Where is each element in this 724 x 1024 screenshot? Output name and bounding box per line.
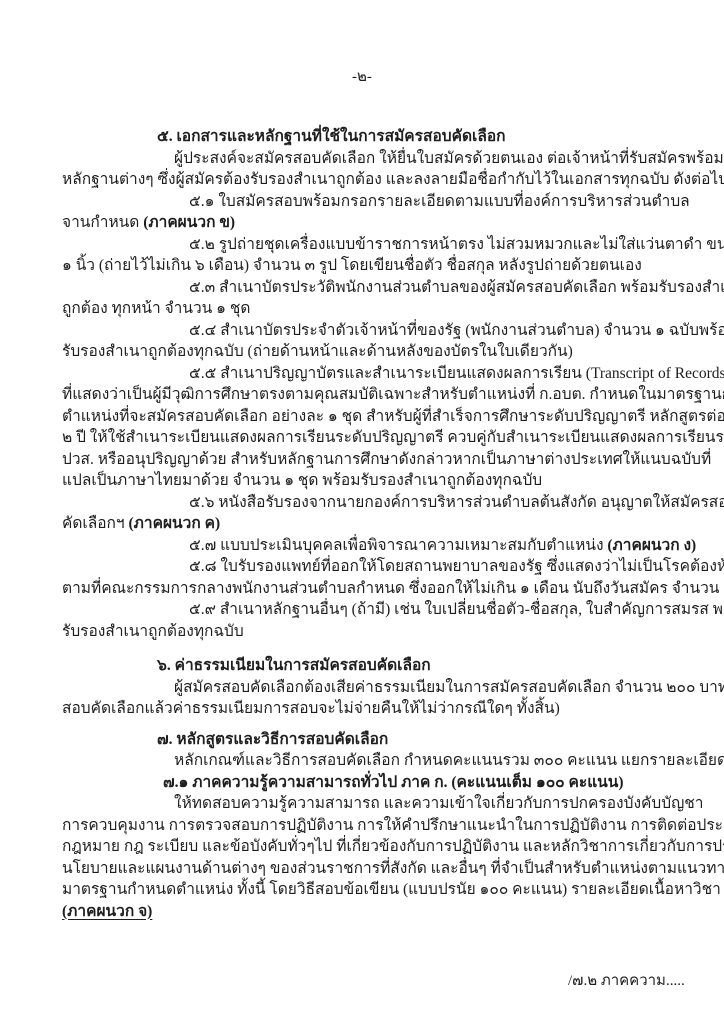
text-segment: ๗. หลักสูตรและวิธีการสอบคัดเลือก [157, 731, 388, 748]
text-segment: ๖. ค่าธรรมเนียมในการสมัครสอบคัดเลือก [157, 657, 431, 674]
text-line: ๕.๕ สำเนาปริญญาบัตรและสำเนาระเบียนแสดงผล… [189, 363, 710, 385]
text-segment: ๑ นิ้ว (ถ่ายไว้ไม่เกิน ๖ เดือน) จำนวน ๓ … [62, 257, 642, 274]
text-line: จานกำหนด (ภาคผนวก ข) [62, 212, 710, 234]
text-segment: หลักเกณฑ์และวิธีการสอบคัดเลือก กำหนดคะแน… [174, 752, 724, 769]
text-segment: ให้ทดสอบความรู้ความสามารถ และความเข้าใจเ… [174, 795, 704, 812]
text-segment: ๕.๕ สำเนาปริญญาบัตรและสำเนาระเบียนแสดงผล… [189, 365, 724, 382]
text-line: ๕.๘ ใบรับรองแพทย์ที่ออกให้โดยสถานพยาบาลข… [189, 556, 710, 578]
text-line: หลักฐานต่างๆ ซึ่งผู้สมัครต้องรับรองสำเนา… [62, 169, 710, 191]
text-line: มาตรฐานกำหนดตำแหน่ง ทั้งนี้ โดยวิธีสอบข้… [62, 879, 710, 901]
text-segment: แปลเป็นภาษาไทยมาด้วย จำนวน ๑ ชุด พร้อมรั… [62, 472, 542, 489]
text-line: สอบคัดเลือกแล้วค่าธรรมเนียมการสอบจะไม่จ่… [62, 698, 710, 720]
text-line: ผู้ประสงค์จะสมัครสอบคัดเลือก ให้ยื่นใบสม… [174, 148, 710, 170]
text-line: แปลเป็นภาษาไทยมาด้วย จำนวน ๑ ชุด พร้อมรั… [62, 470, 710, 492]
text-segment: นโยบายและแผนงานด้านต่างๆ ของส่วนราชการที… [62, 860, 724, 877]
text-segment: จานกำหนด [62, 214, 143, 231]
text-segment: กฎหมาย กฎ ระเบียบ และข้อบังคับทั่วๆไป ที… [62, 838, 724, 855]
text-segment: ๕.๙ สำเนาหลักฐานอื่นๆ (ถ้ามี) เช่น ใบเปล… [189, 601, 724, 618]
text-segment: (ภาคผนวก จ) [62, 903, 152, 920]
text-segment: ๕.๑ ใบสมัครสอบพร้อมกรอกรายละเอียดตามแบบท… [189, 193, 690, 210]
text-segment: ๕. เอกสารและหลักฐานที่ใช้ในการสมัครสอบคั… [157, 128, 506, 145]
text-segment: ตามที่คณะกรรมการกลางพนักงานส่วนตำบลกำหนด… [62, 580, 724, 597]
footer-continuation-note: /๗.๒ ภาคความ..... [568, 971, 685, 992]
text-segment: ๕.๖ หนังสือรับรองจากนายกองค์การบริหารส่ว… [189, 494, 724, 511]
text-line: ๕.๖ หนังสือรับรองจากนายกองค์การบริหารส่ว… [189, 492, 710, 514]
text-line: ให้ทดสอบความรู้ความสามารถ และความเข้าใจเ… [174, 793, 710, 815]
text-segment: ผู้สมัครสอบคัดเลือกต้องเสียค่าธรรมเนียมใ… [174, 679, 724, 696]
text-segment: (ภาคผนวก ค) [129, 515, 221, 532]
text-segment: ๕.๓ สำเนาบัตรประวัติพนักงานส่วนตำบลของผู… [189, 279, 724, 296]
text-line: รับรองสำเนาถูกต้องทุกฉบับ (ถ่ายด้านหน้าแ… [62, 341, 710, 363]
section-7-heading: ๗. หลักสูตรและวิธีการสอบคัดเลือก [157, 729, 710, 751]
text-line: ปวส. หรืออนุปริญญาด้วย สำหรับหลักฐานการศ… [62, 449, 710, 471]
text-line: ๕.๙ สำเนาหลักฐานอื่นๆ (ถ้ามี) เช่น ใบเปล… [189, 599, 710, 621]
text-line: ๕.๔ สำเนาบัตรประจำตัวเจ้าหน้าที่ของรัฐ (… [189, 320, 710, 342]
text-line: ๑ นิ้ว (ถ่ายไว้ไม่เกิน ๖ เดือน) จำนวน ๓ … [62, 255, 710, 277]
section-5-heading: ๕. เอกสารและหลักฐานที่ใช้ในการสมัครสอบคั… [157, 126, 710, 148]
text-line: ผู้สมัครสอบคัดเลือกต้องเสียค่าธรรมเนียมใ… [174, 677, 710, 699]
text-line: ตำแหน่งที่จะสมัครสอบคัดเลือก อย่างละ ๑ ช… [62, 406, 710, 428]
text-segment: ที่แสดงว่าเป็นผู้มีวุฒิการศึกษาตรงตามคุณ… [62, 386, 724, 403]
text-line: ตามที่คณะกรรมการกลางพนักงานส่วนตำบลกำหนด… [62, 578, 710, 600]
text-line: ๒ ปี ให้ใช้สำเนาระเบียนแสดงผลการเรียนระด… [62, 427, 710, 449]
appendix-cho-reference: (ภาคผนวก จ) [62, 901, 710, 923]
text-line: กฎหมาย กฎ ระเบียบ และข้อบังคับทั่วๆไป ที… [62, 836, 710, 858]
text-segment: ๕.๒ รูปถ่ายชุดเครื่องแบบข้าราชการหน้าตรง… [189, 236, 724, 253]
text-segment: ปวส. หรืออนุปริญญาด้วย สำหรับหลักฐานการศ… [62, 451, 711, 468]
page-number: -๒- [0, 66, 724, 88]
text-line: ๕.๑ ใบสมัครสอบพร้อมกรอกรายละเอียดตามแบบท… [189, 191, 710, 213]
document-page: -๒- ๕. เอกสารและหลักฐานที่ใช้ในการสมัครส… [0, 0, 724, 1024]
text-line: ถูกต้อง ทุกหน้า จำนวน ๑ ชุด [62, 298, 710, 320]
text-line: ที่แสดงว่าเป็นผู้มีวุฒิการศึกษาตรงตามคุณ… [62, 384, 710, 406]
text-segment: (ภาคผนวก ง) [607, 537, 696, 554]
text-segment: ผู้ประสงค์จะสมัครสอบคัดเลือก ให้ยื่นใบสม… [174, 150, 724, 167]
text-segment: (ภาคผนวก ข) [143, 214, 235, 231]
text-segment: ๕.๘ ใบรับรองแพทย์ที่ออกให้โดยสถานพยาบาลข… [189, 558, 724, 575]
text-segment: รับรองสำเนาถูกต้องทุกฉบับ [62, 623, 244, 640]
text-segment: ๕.๗ แบบประเมินบุคคลเพื่อพิจารณาความเหมาะ… [189, 537, 607, 554]
text-line: ๕.๒ รูปถ่ายชุดเครื่องแบบข้าราชการหน้าตรง… [189, 234, 710, 256]
text-segment: รับรองสำเนาถูกต้องทุกฉบับ (ถ่ายด้านหน้าแ… [62, 343, 573, 360]
text-line: การควบคุมงาน การตรวจสอบการปฏิบัติงาน การ… [62, 815, 710, 837]
text-line: ๕.๓ สำเนาบัตรประวัติพนักงานส่วนตำบลของผู… [189, 277, 710, 299]
text-segment: มาตรฐานกำหนดตำแหน่ง ทั้งนี้ โดยวิธีสอบข้… [62, 881, 721, 898]
document-lines: ๕. เอกสารและหลักฐานที่ใช้ในการสมัครสอบคั… [62, 126, 710, 922]
section-7-1-heading: ๗.๑ ภาคความรู้ความสามารถทั่วไป ภาค ก. (ค… [163, 772, 710, 794]
text-line: คัดเลือกฯ (ภาคผนวก ค) [62, 513, 710, 535]
text-segment: ถูกต้อง ทุกหน้า จำนวน ๑ ชุด [62, 300, 250, 317]
text-segment: ๕.๔ สำเนาบัตรประจำตัวเจ้าหน้าที่ของรัฐ (… [189, 322, 724, 339]
text-line: รับรองสำเนาถูกต้องทุกฉบับ [62, 621, 710, 643]
text-line: หลักเกณฑ์และวิธีการสอบคัดเลือก กำหนดคะแน… [174, 750, 710, 772]
text-segment: หลักฐานต่างๆ ซึ่งผู้สมัครต้องรับรองสำเนา… [62, 171, 724, 188]
text-segment: การควบคุมงาน การตรวจสอบการปฏิบัติงาน การ… [62, 817, 724, 834]
text-segment: ตำแหน่งที่จะสมัครสอบคัดเลือก อย่างละ ๑ ช… [62, 408, 724, 425]
text-segment: สอบคัดเลือกแล้วค่าธรรมเนียมการสอบจะไม่จ่… [62, 700, 560, 717]
text-segment: คัดเลือกฯ [62, 515, 129, 532]
text-segment: ๒ ปี ให้ใช้สำเนาระเบียนแสดงผลการเรียนระด… [62, 429, 724, 446]
text-segment: ๗.๑ ภาคความรู้ความสามารถทั่วไป ภาค ก. (ค… [163, 774, 624, 791]
section-6-heading: ๖. ค่าธรรมเนียมในการสมัครสอบคัดเลือก [157, 655, 710, 677]
text-line: นโยบายและแผนงานด้านต่างๆ ของส่วนราชการที… [62, 858, 710, 880]
text-line: ๕.๗ แบบประเมินบุคคลเพื่อพิจารณาความเหมาะ… [189, 535, 710, 557]
